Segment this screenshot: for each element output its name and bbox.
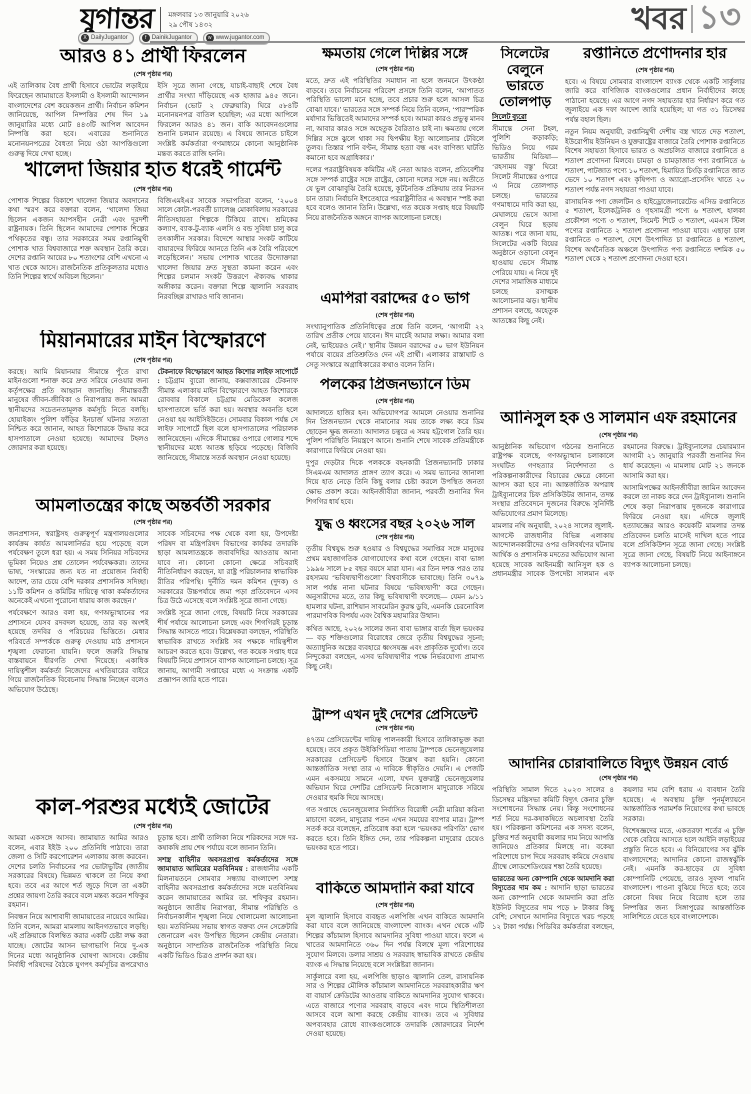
badge-twitter: X DailyJugantor bbox=[78, 32, 134, 44]
article-paragraph: ৪৭তম প্রেসিডেন্টের দায়িত্ব পালনকারী হিস… bbox=[306, 736, 484, 803]
continuation-note: (শেষ পৃষ্ঠার পর) bbox=[306, 64, 484, 75]
page-number: ১৩ bbox=[698, 2, 741, 35]
page-label-divider bbox=[691, 5, 693, 33]
article-paragraph-text: চট্টগ্রাম ব্যুরো জানায়, কক্সবাজারের টেক… bbox=[158, 377, 299, 462]
article-headline: খালেদা জিয়ার হাত ধরেই গার্মেন্ট bbox=[8, 159, 298, 183]
article-paragraph: পোশাক শিল্পের বিকাশে খালেদা জিয়ার অবদান… bbox=[8, 197, 149, 283]
article-headline: সিলেটের বেলুনে ভারতে তোলপাড় bbox=[492, 46, 558, 110]
article-paragraph: বিজিএমইএর সাবেক সভাপতিরা বলেন, ‘২০০৪ সাল… bbox=[158, 197, 299, 303]
continuation-note: (শেষ পৃষ্ঠার পর) bbox=[8, 517, 298, 528]
article-headline: আদানির চোরাবালিতে বিদ্যুৎ উন্নয়ন বোর্ড bbox=[492, 756, 745, 772]
continuation-note: (শেষ পৃষ্ঠার পর) bbox=[8, 355, 298, 366]
article-more-candidates-returned: আরও ৪১ প্রার্থী ফিরলেন (শেষ পৃষ্ঠার পর) … bbox=[8, 46, 298, 159]
article-headline: ক্ষমতায় গেলে দিল্লির সঙ্গে bbox=[306, 46, 484, 63]
article-paragraph: মতে, দ্রুত এই পরিস্থিতির সমাধান না হলে জ… bbox=[306, 77, 484, 163]
article-paragraph: সশস্ত্র বাহিনীর অবসরপ্রাপ্ত কর্মকর্তাদের… bbox=[158, 856, 299, 962]
continuation-note: (শেষ পৃষ্ঠার পর) bbox=[306, 396, 484, 407]
facebook-icon: f bbox=[142, 34, 150, 42]
badge-twitter-label: DailyJugantor bbox=[91, 35, 128, 41]
page-label: খবর ১৩ bbox=[631, 2, 741, 35]
article-body: করছে। আমি মিয়ানমার সীমান্তে পুঁতে রাখা … bbox=[8, 368, 298, 464]
article-paragraph: দলের পররাষ্ট্রবিষয়ক কমিটির এই নেতা আরও … bbox=[306, 166, 484, 224]
article-body: আনুষ্ঠানিক অভিযোগ গঠনের শুনানিতে রাষ্ট্র… bbox=[492, 443, 745, 580]
article-myanmar-mine-blast: মিয়ানমারের মাইন বিস্ফোরণে (শেষ পৃষ্ঠার … bbox=[8, 330, 298, 496]
article-body: এই তালিকায় বৈধ প্রার্থী হিসাবে ভোটের লড… bbox=[8, 82, 298, 159]
article-paragraph: সীমান্তে সেনা টহল, পুলিশি কড়াকড়ি; ভিডি… bbox=[492, 125, 558, 326]
article-body: হবে। এ বিষয়ে সোমবার বাংলাদেশ ব্যাংক থেক… bbox=[565, 78, 745, 265]
article-paragraph: ইসি সূত্রে জানা গেছে, যাচাই-বাছাই শেষে ব… bbox=[158, 82, 299, 159]
article-body: পরিস্থিতি সামাল দিতে ২০২৩ সালের ৪ ডিসেম্… bbox=[492, 786, 745, 932]
jugantor-logo: যুগান্তর bbox=[79, 6, 154, 34]
article-bureaucracy-interim-govt: আমলাতন্ত্রের কাছে অন্তর্বর্তী সরকার (শেষ… bbox=[8, 496, 298, 794]
article-body: মতে, দ্রুত এই পরিস্থিতির সমাধান না হলে জ… bbox=[306, 77, 484, 223]
date-block: মঙ্গলবার ১৩ জানুয়ারি ২০২৬ ২৯ পৌষ ১৪৩২ bbox=[168, 10, 249, 30]
article-paragraph: সার্কুলারে বলা হয়, এলপিজি ছাড়াও জ্বালা… bbox=[306, 973, 484, 1040]
article-paragraph: আদালতে হাজির হন। অভিযোগপত্র আমলে নেওয়ার… bbox=[306, 409, 484, 457]
continuation-note: (শেষ পৃষ্ঠার পর) bbox=[306, 723, 484, 734]
continuation-note: (শেষ পৃষ্ঠার পর) bbox=[492, 430, 745, 441]
article-headline: যুদ্ধ ও ধ্বংসের বছর ২০২৬ সাল bbox=[306, 516, 484, 531]
article-body: আমরা একসঙ্গে আসব। জামায়াত আমির আরও বলেন… bbox=[8, 834, 298, 971]
article-headline: মিয়ানমারের মাইন বিস্ফোরণে bbox=[8, 330, 298, 354]
date-line-bangla: ২৯ পৌষ ১৪৩২ bbox=[168, 20, 249, 30]
continuation-note: (শেষ পৃষ্ঠার পর) bbox=[8, 184, 298, 195]
article-delhi-if-in-power: ক্ষমতায় গেলে দিল্লির সঙ্গে (শেষ পৃষ্ঠার… bbox=[306, 46, 484, 291]
article-trump-two-countries-president: ট্রাম্প এখন দুই দেশের প্রেসিডেন্ট (শেষ প… bbox=[306, 707, 484, 881]
article-headline: কাল-পরশুর মধ্যেই জোটের bbox=[8, 794, 298, 820]
continuation-note: (শেষ পৃষ্ঠার পর) bbox=[492, 773, 745, 784]
article-import-on-credit: বাকিতে আমদানি করা যাবে (শেষ পৃষ্ঠার পর) … bbox=[306, 881, 484, 1087]
continuation-note: (শেষ পৃষ্ঠার পর) bbox=[8, 821, 298, 832]
article-body: ৪৭তম প্রেসিডেন্টের দায়িত্ব পালনকারী হিস… bbox=[306, 736, 484, 854]
byline: সিলেট ব্যুরো bbox=[492, 111, 558, 123]
article-headline: ট্রাম্প এখন দুই দেশের প্রেসিডেন্ট bbox=[306, 707, 484, 722]
article-paragraph: কথিত আছে, ২০২৬ সালের জন্য বাবা ভাঙ্গার ব… bbox=[306, 625, 484, 673]
article-paragraph: বিশেষজ্ঞদের মতে, একতরফা শর্তের এ চুক্তি … bbox=[623, 827, 745, 923]
article-body: মূল জ্বালানি হিসাবে ব্যবহৃত এলপিজি এখন ব… bbox=[306, 913, 484, 1040]
article-war-destruction-2026: যুদ্ধ ও ধ্বংসের বছর ২০২৬ সাল (শেষ পৃষ্ঠা… bbox=[306, 516, 484, 707]
article-paragraph: করছে। আমি মিয়ানমার সীমান্তে পুঁতে রাখা … bbox=[8, 368, 149, 454]
masthead: যুগান্তর মঙ্গলবার ১৩ জানুয়ারি ২০২৬ ২৯ প… bbox=[80, 6, 249, 34]
article-paragraph: সংশ্লিষ্ট সূত্রে জানা গেছে, বিষয়টি নিয়… bbox=[158, 609, 299, 686]
article-coalition-within-days: কাল-পরশুর মধ্যেই জোটের (শেষ পৃষ্ঠার পর) … bbox=[8, 794, 298, 1087]
article-headline: পলকের প্রিজনভ্যানে ডিম bbox=[306, 377, 484, 395]
continuation-note: (শেষ পৃষ্ঠার পর) bbox=[8, 69, 298, 80]
article-paragraph: আনুষ্ঠানিক অভিযোগ গঠনের শুনানিতে রাষ্ট্র… bbox=[492, 443, 614, 520]
masthead-divider bbox=[160, 7, 161, 33]
article-headline: আমলাতন্ত্রের কাছে অন্তর্বর্তী সরকার bbox=[8, 496, 298, 516]
x-social-icon: X bbox=[81, 34, 89, 42]
continuation-note: (শেষ পৃষ্ঠার পর) bbox=[565, 65, 745, 76]
continuation-note: (শেষ পৃষ্ঠার পর) bbox=[306, 900, 484, 911]
article-paragraph: এই তালিকায় বৈধ প্রার্থী হিসাবে ভোটের লড… bbox=[8, 82, 149, 159]
header-rule bbox=[150, 41, 745, 43]
article-headline: আনিসুল হক ও সালমান এফ রহমানের bbox=[492, 410, 745, 429]
article-paragraph: রাসায়নিক পণ্য জেলটিন ও হাইড্রোজেনারেটেড… bbox=[565, 198, 745, 265]
article-adani-power-board: আদানির চোরাবালিতে বিদ্যুৎ উন্নয়ন বোর্ড … bbox=[492, 756, 745, 1087]
article-paragraph: নতুন নিয়ম অনুযায়ী, রপ্তানিমুখী দেশীয় … bbox=[565, 128, 745, 195]
newspaper-page: যুগান্তর মঙ্গলবার ১৩ জানুয়ারি ২০২৬ ২৯ প… bbox=[0, 0, 751, 1094]
article-paragraph: পরিস্থিতি সামাল দিতে ২০২৩ সালের ৪ ডিসেম্… bbox=[492, 786, 614, 872]
article-body: সংখ্যানুপাতিক প্রতিনিধিত্বের প্রশ্নে তিন… bbox=[306, 323, 484, 371]
article-paragraph: সাবেক সচিবদের পক্ষ থেকে বলা হয়, উপদেষ্ট… bbox=[158, 530, 299, 607]
article-anisul-salman: আনিসুল হক ও সালমান এফ রহমানের (শেষ পৃষ্ঠ… bbox=[492, 410, 745, 756]
article-paragraph: টেকনাফে বিস্ফোরণে আহত কিশোর লাইফ সাপোর্ট… bbox=[158, 368, 299, 464]
left-column: আরও ৪১ প্রার্থী ফিরলেন (শেষ পৃষ্ঠার পর) … bbox=[8, 46, 298, 1087]
right-top-row: সিলেটের বেলুনে ভারতে তোলপাড় সিলেট ব্যুর… bbox=[492, 46, 745, 410]
article-khaleda-garment: খালেদা জিয়ার হাত ধরেই গার্মেন্ট (শেষ পৃ… bbox=[8, 159, 298, 330]
continuation-note: (শেষ পৃষ্ঠার পর) bbox=[306, 310, 484, 321]
article-body: জনপ্রশাসন, স্বরাষ্ট্রসহ গুরুত্বপূর্ণ মন্… bbox=[8, 530, 298, 696]
article-headline: আরও ৪১ প্রার্থী ফিরলেন bbox=[8, 46, 298, 68]
article-headline: এমপিরা বরাদ্দের ৫০ ভাগ bbox=[306, 291, 484, 309]
article-body: তৃতীয় বিশ্বযুদ্ধ শুরু হওয়ার ও বিশ্বযুদ… bbox=[306, 545, 484, 672]
article-paragraph-text: রাজধানীর একটি মিলনায়তনে সোমবার সন্ধ্যায… bbox=[158, 865, 299, 959]
article-paragraph: আসামিপক্ষের আইনজীবীরা জামিন আবেদন করলে ত… bbox=[623, 484, 745, 570]
section-label: খবর bbox=[631, 3, 686, 34]
continuation-note: (শেষ পৃষ্ঠার পর) bbox=[306, 532, 484, 543]
article-palak-prison-van-egg: পলকের প্রিজনভ্যানে ডিম (শেষ পৃষ্ঠার পর) … bbox=[306, 377, 484, 516]
article-body: সীমান্তে সেনা টহল, পুলিশি কড়াকড়ি; ভিডি… bbox=[492, 125, 558, 326]
article-body: আদালতে হাজির হন। অভিযোগপত্র আমলে নেওয়ার… bbox=[306, 409, 484, 507]
article-paragraph: জনপ্রশাসন, স্বরাষ্ট্রসহ গুরুত্বপূর্ণ মন্… bbox=[8, 530, 149, 607]
article-body: পোশাক শিল্পের বিকাশে খালেদা জিয়ার অবদান… bbox=[8, 197, 298, 303]
article-headline: রপ্তানিতে প্রণোদনার হার bbox=[565, 46, 745, 64]
article-paragraph: গত সপ্তাহে ভেনেজুয়েলার নির্বাসিত বিরোধী… bbox=[306, 806, 484, 854]
article-sylhet-balloon-india: সিলেটের বেলুনে ভারতে তোলপাড় সিলেট ব্যুর… bbox=[492, 46, 558, 410]
article-paragraph: মূল জ্বালানি হিসাবে ব্যবহৃত এলপিজি এখন ব… bbox=[306, 913, 484, 971]
article-paragraph: হবে। এ বিষয়ে সোমবার বাংলাদেশ ব্যাংক থেক… bbox=[565, 78, 745, 126]
article-paragraph: দুপুর দেড়টার দিকে পলককে বহনকারী প্রিজনভ… bbox=[306, 459, 484, 507]
article-export-incentive-rates: রপ্তানিতে প্রণোদনার হার (শেষ পৃষ্ঠার পর)… bbox=[565, 46, 745, 410]
article-paragraph: আমরা একসঙ্গে আসব। জামায়াত আমির আরও বলেন… bbox=[8, 834, 149, 911]
article-paragraph: সংখ্যানুপাতিক প্রতিনিধিত্বের প্রশ্নে তিন… bbox=[306, 323, 484, 371]
middle-column: ক্ষমতায় গেলে দিল্লির সঙ্গে (শেষ পৃষ্ঠার… bbox=[306, 46, 484, 1087]
date-line-gregorian: মঙ্গলবার ১৩ জানুয়ারি ২০২৬ bbox=[168, 10, 249, 20]
article-paragraph: তৃতীয় বিশ্বযুদ্ধ শুরু হওয়ার ও বিশ্বযুদ… bbox=[306, 545, 484, 622]
right-column: সিলেটের বেলুনে ভারতে তোলপাড় সিলেট ব্যুর… bbox=[492, 46, 745, 1087]
article-paragraph: পর্যবেক্ষণে আরও বলা হয়, গণঅভ্যুত্থানের … bbox=[8, 609, 149, 695]
article-headline: বাকিতে আমদানি করা যাবে bbox=[306, 881, 484, 899]
article-mp-allocation-50pct: এমপিরা বরাদ্দের ৫০ ভাগ (শেষ পৃষ্ঠার পর) … bbox=[306, 291, 484, 377]
